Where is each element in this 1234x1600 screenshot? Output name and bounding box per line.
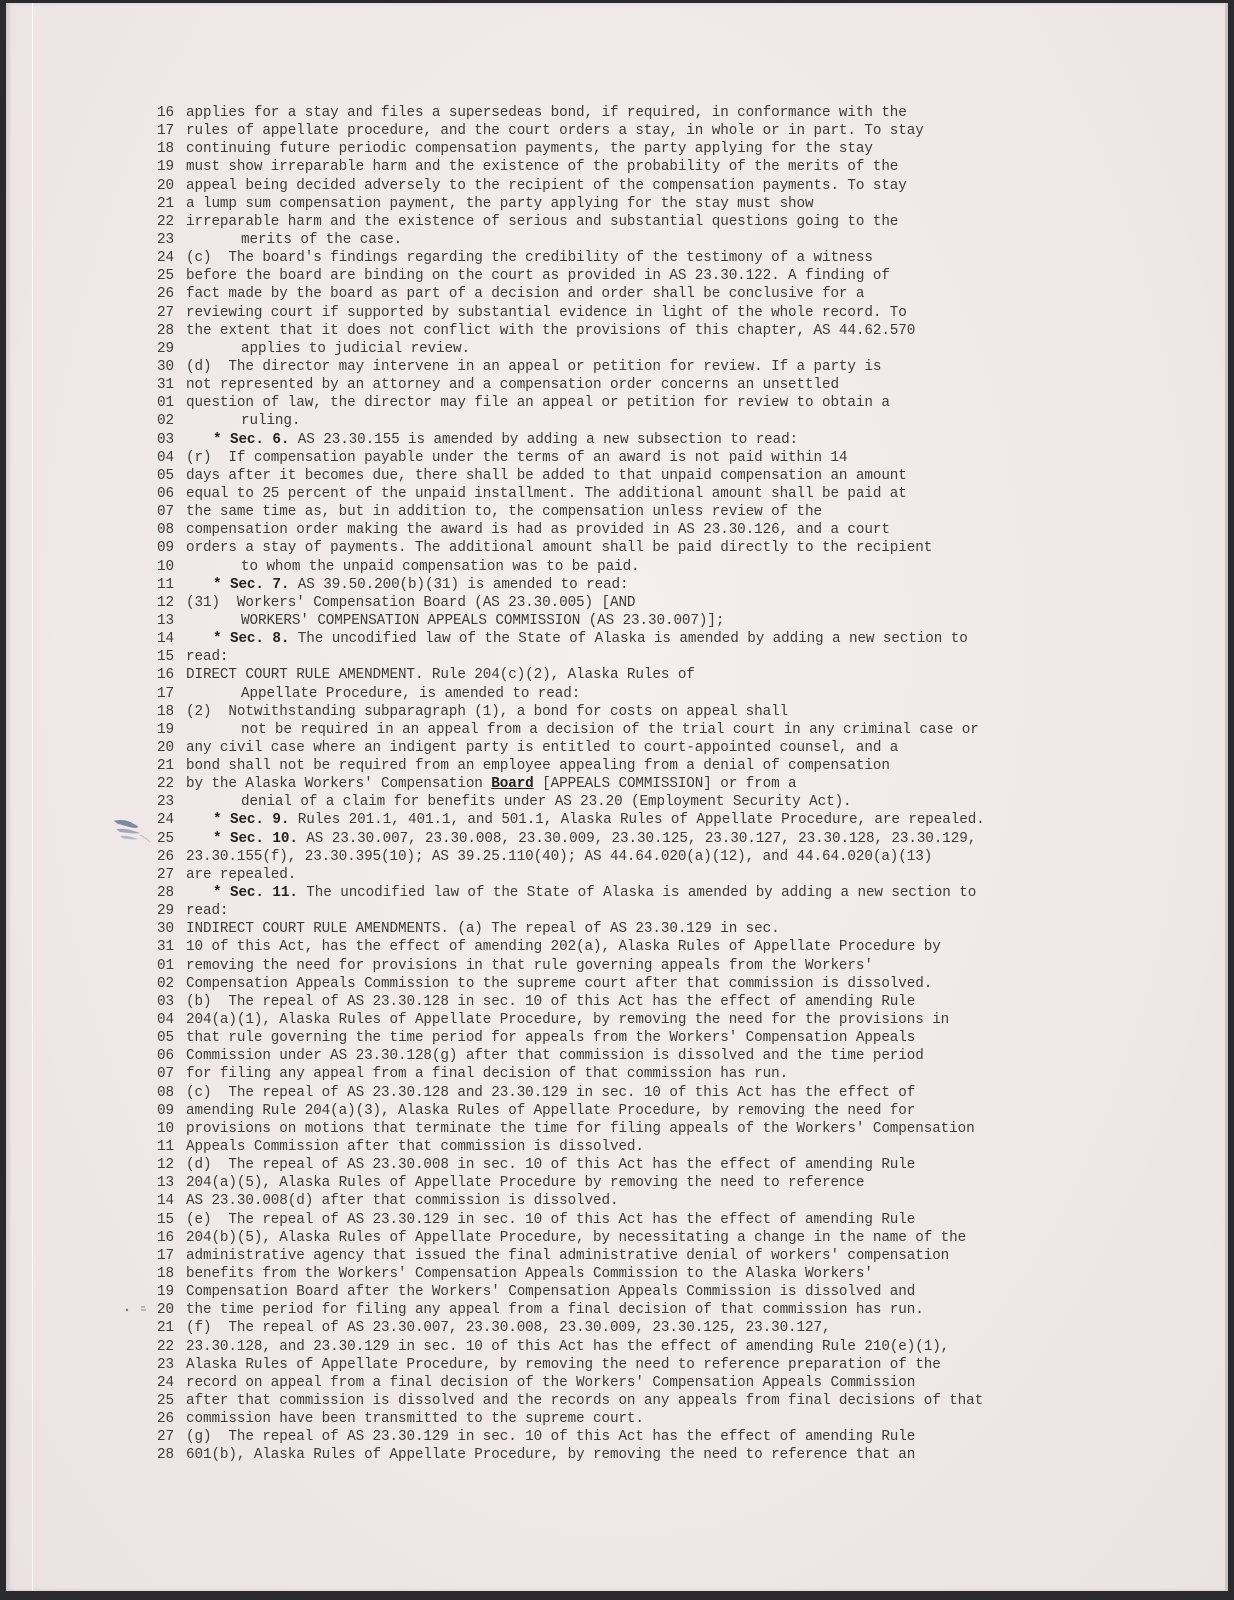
line-number: 29 xyxy=(157,340,186,358)
line-number: 28 xyxy=(157,322,186,340)
section-heading: Sec. 11. xyxy=(230,885,298,901)
bill-text-body: 16applies for a stay and files a superse… xyxy=(157,104,985,1465)
line-number: 24 xyxy=(157,1374,186,1392)
line-number: 01 xyxy=(157,394,186,412)
line-text: * Sec. 9. Rules 201.1, 401.1, and 501.1,… xyxy=(186,812,985,828)
line-text: applies for a stay and files a supersede… xyxy=(186,105,907,121)
line-text: read: xyxy=(186,649,228,665)
line-number: 31 xyxy=(157,376,186,394)
page-edge-left xyxy=(32,3,33,1591)
document-line: 23denial of a claim for benefits under A… xyxy=(157,793,985,811)
line-number: 14 xyxy=(157,630,186,648)
line-number: 21 xyxy=(157,757,186,775)
document-line: 25after that commission is dissolved and… xyxy=(157,1392,985,1410)
line-text: question of law, the director may file a… xyxy=(186,395,890,411)
line-text: WORKERS' COMPENSATION APPEALS COMMISSION… xyxy=(186,613,724,629)
document-line: 09orders a stay of payments. The additio… xyxy=(157,539,985,557)
line-text: rules of appellate procedure, and the co… xyxy=(186,123,924,139)
line-text: provisions on motions that terminate the… xyxy=(186,1121,975,1137)
document-line: 30INDIRECT COURT RULE AMENDMENTS. (a) Th… xyxy=(157,920,985,938)
line-text: Compensation Board after the Workers' Co… xyxy=(186,1284,915,1300)
line-number: 19 xyxy=(157,721,186,739)
line-text: orders a stay of payments. The additiona… xyxy=(186,540,932,556)
document-line: 18continuing future periodic compensatio… xyxy=(157,140,985,158)
line-number: 08 xyxy=(157,521,186,539)
line-text: Compensation Appeals Commission to the s… xyxy=(186,976,932,992)
document-line: 24* Sec. 9. Rules 201.1, 401.1, and 501.… xyxy=(157,811,985,829)
line-number: 20 xyxy=(157,739,186,757)
line-number: 18 xyxy=(157,140,186,158)
document-line: 19not be required in an appeal from a de… xyxy=(157,721,985,739)
document-line: 24(c) The board's findings regarding the… xyxy=(157,249,985,267)
document-line: 26fact made by the board as part of a de… xyxy=(157,285,985,303)
document-line: 27(g) The repeal of AS 23.30.129 in sec.… xyxy=(157,1428,985,1446)
line-text: the time period for filing any appeal fr… xyxy=(186,1302,924,1318)
line-text: compensation order making the award is h… xyxy=(186,522,890,538)
line-text: denial of a claim for benefits under AS … xyxy=(186,794,852,810)
line-text: 23.30.155(f), 23.30.395(10); AS 39.25.11… xyxy=(186,849,932,865)
line-number: 04 xyxy=(157,449,186,467)
document-line: 19must show irreparable harm and the exi… xyxy=(157,158,985,176)
section-text: AS 23.30.155 is amended by adding a new … xyxy=(289,432,798,448)
document-line: 15(e) The repeal of AS 23.30.129 in sec.… xyxy=(157,1211,985,1229)
line-text: removing the need for provisions in that… xyxy=(186,958,873,974)
line-text: fact made by the board as part of a deci… xyxy=(186,286,864,302)
line-number: 02 xyxy=(157,975,186,993)
line-number: 19 xyxy=(157,158,186,176)
line-number: 27 xyxy=(157,866,186,884)
line-text: Appeals Commission after that commission… xyxy=(186,1139,644,1155)
line-text: any civil case where an indigent party i… xyxy=(186,740,898,756)
line-text: ruling. xyxy=(186,413,300,429)
line-text: (g) The repeal of AS 23.30.129 in sec. 1… xyxy=(186,1429,915,1445)
page-edge-right xyxy=(1225,3,1228,1591)
document-line: 04(r) If compensation payable under the … xyxy=(157,449,985,467)
section-text: Rules 201.1, 401.1, and 501.1, Alaska Ru… xyxy=(289,812,984,828)
line-text: merits of the case. xyxy=(186,232,402,248)
section-text: AS 39.50.200(b)(31) is amended to read: xyxy=(289,577,628,593)
line-number: 23 xyxy=(157,793,186,811)
document-line: 14* Sec. 8. The uncodified law of the St… xyxy=(157,630,985,648)
line-text: (r) If compensation payable under the te… xyxy=(186,450,847,466)
document-line: 15read: xyxy=(157,648,985,666)
document-line: 14AS 23.30.008(d) after that commission … xyxy=(157,1192,985,1210)
line-number: 05 xyxy=(157,1029,186,1047)
line-text: not be required in an appeal from a deci… xyxy=(186,722,979,738)
document-line: 17Appellate Procedure, is amended to rea… xyxy=(157,685,985,703)
line-text: 204(b)(5), Alaska Rules of Appellate Pro… xyxy=(186,1230,966,1246)
document-line: 18(2) Notwithstanding subparagraph (1), … xyxy=(157,703,985,721)
line-number: 28 xyxy=(157,884,186,902)
line-text: * Sec. 6. AS 23.30.155 is amended by add… xyxy=(186,432,798,448)
document-line: 2623.30.155(f), 23.30.395(10); AS 39.25.… xyxy=(157,848,985,866)
document-line: 04204(a)(1), Alaska Rules of Appellate P… xyxy=(157,1011,985,1029)
document-line: 28the extent that it does not conflict w… xyxy=(157,322,985,340)
line-number: 31 xyxy=(157,938,186,956)
line-number: 20 xyxy=(157,177,186,195)
line-text: must show irreparable harm and the exist… xyxy=(186,159,898,175)
document-line: 08compensation order making the award is… xyxy=(157,521,985,539)
line-text: continuing future periodic compensation … xyxy=(186,141,873,157)
line-text: DIRECT COURT RULE AMENDMENT. Rule 204(c)… xyxy=(186,667,695,683)
line-number: 12 xyxy=(157,594,186,612)
document-line: 26commission have been transmitted to th… xyxy=(157,1410,985,1428)
line-number: 24 xyxy=(157,249,186,267)
document-line: 07for filing any appeal from a final dec… xyxy=(157,1065,985,1083)
line-number: 25 xyxy=(157,830,186,848)
document-line: 29read: xyxy=(157,902,985,920)
document-line: 13204(a)(5), Alaska Rules of Appellate P… xyxy=(157,1174,985,1192)
line-text: (e) The repeal of AS 23.30.129 in sec. 1… xyxy=(186,1212,915,1228)
document-line: 16DIRECT COURT RULE AMENDMENT. Rule 204(… xyxy=(157,666,985,684)
line-number: 10 xyxy=(157,558,186,576)
line-number: 19 xyxy=(157,1283,186,1301)
line-text: (b) The repeal of AS 23.30.128 in sec. 1… xyxy=(186,994,915,1010)
line-number: 03 xyxy=(157,993,186,1011)
document-line: 18benefits from the Workers' Compensatio… xyxy=(157,1265,985,1283)
line-number: 12 xyxy=(157,1156,186,1174)
document-line: 11* Sec. 7. AS 39.50.200(b)(31) is amend… xyxy=(157,576,985,594)
line-text: to whom the unpaid compensation was to b… xyxy=(186,559,640,575)
line-text: days after it becomes due, there shall b… xyxy=(186,468,907,484)
document-line: 16applies for a stay and files a superse… xyxy=(157,104,985,122)
line-number: 07 xyxy=(157,1065,186,1083)
line-text: not represented by an attorney and a com… xyxy=(186,377,839,393)
document-line: 03* Sec. 6. AS 23.30.155 is amended by a… xyxy=(157,431,985,449)
line-text: the same time as, but in addition to, th… xyxy=(186,504,822,520)
document-line: 01question of law, the director may file… xyxy=(157,394,985,412)
line-number: 26 xyxy=(157,1410,186,1428)
line-number: 26 xyxy=(157,285,186,303)
line-number: 27 xyxy=(157,1428,186,1446)
line-text: bond shall not be required from an emplo… xyxy=(186,758,890,774)
document-line: 08(c) The repeal of AS 23.30.128 and 23.… xyxy=(157,1084,985,1102)
document-line: 20appeal being decided adversely to the … xyxy=(157,177,985,195)
line-number: 13 xyxy=(157,612,186,630)
section-heading: Sec. 9. xyxy=(230,812,289,828)
line-number: 11 xyxy=(157,576,186,594)
document-line: 30(d) The director may intervene in an a… xyxy=(157,358,985,376)
line-text: 601(b), Alaska Rules of Appellate Proced… xyxy=(186,1447,915,1463)
line-text: the extent that it does not conflict wit… xyxy=(186,323,915,339)
document-line: 19Compensation Board after the Workers' … xyxy=(157,1283,985,1301)
document-line: 02ruling. xyxy=(157,412,985,430)
scan-speck-mark xyxy=(124,1304,152,1314)
ink-smudge-mark xyxy=(110,815,154,845)
line-number: 14 xyxy=(157,1192,186,1210)
section-heading: Sec. 6. xyxy=(230,432,289,448)
document-line: 2223.30.128, and 23.30.129 in sec. 10 of… xyxy=(157,1338,985,1356)
line-text: INDIRECT COURT RULE AMENDMENTS. (a) The … xyxy=(186,921,780,937)
line-text: after that commission is dissolved and t… xyxy=(186,1393,983,1409)
line-text: (c) The board's findings regarding the c… xyxy=(186,250,873,266)
document-line: 10to whom the unpaid compensation was to… xyxy=(157,558,985,576)
line-number: 25 xyxy=(157,267,186,285)
line-number: 25 xyxy=(157,1392,186,1410)
document-line: 06Commission under AS 23.30.128(g) after… xyxy=(157,1047,985,1065)
line-text: Appellate Procedure, is amended to read: xyxy=(186,686,580,702)
document-line: 01removing the need for provisions in th… xyxy=(157,957,985,975)
document-line: 21bond shall not be required from an emp… xyxy=(157,757,985,775)
document-line: 22by the Alaska Workers' Compensation Bo… xyxy=(157,775,985,793)
line-text: appeal being decided adversely to the re… xyxy=(186,178,907,194)
document-line: 24record on appeal from a final decision… xyxy=(157,1374,985,1392)
document-line: 13WORKERS' COMPENSATION APPEALS COMMISSI… xyxy=(157,612,985,630)
line-text: amending Rule 204(a)(3), Alaska Rules of… xyxy=(186,1103,915,1119)
line-text-before: by the Alaska Workers' Compensation xyxy=(186,776,491,792)
document-line: 17rules of appellate procedure, and the … xyxy=(157,122,985,140)
line-number: 06 xyxy=(157,485,186,503)
document-line: 28601(b), Alaska Rules of Appellate Proc… xyxy=(157,1446,985,1464)
document-line: 29applies to judicial review. xyxy=(157,340,985,358)
section-text: The uncodified law of the State of Alask… xyxy=(289,631,967,647)
line-text: equal to 25 percent of the unpaid instal… xyxy=(186,486,907,502)
line-number: 07 xyxy=(157,503,186,521)
line-number: 30 xyxy=(157,920,186,938)
document-line: 21a lump sum compensation payment, the p… xyxy=(157,195,985,213)
document-line: 05that rule governing the time period fo… xyxy=(157,1029,985,1047)
document-line: 12(d) The repeal of AS 23.30.008 in sec.… xyxy=(157,1156,985,1174)
line-text: AS 23.30.008(d) after that commission is… xyxy=(186,1193,618,1209)
line-text: record on appeal from a final decision o… xyxy=(186,1375,915,1391)
line-text: for filing any appeal from a final decis… xyxy=(186,1066,788,1082)
line-number: 01 xyxy=(157,957,186,975)
document-line: 3110 of this Act, has the effect of amen… xyxy=(157,938,985,956)
line-text: (2) Notwithstanding subparagraph (1), a … xyxy=(186,704,788,720)
line-number: 16 xyxy=(157,1229,186,1247)
inserted-text-underlined: Board xyxy=(491,776,533,792)
document-line: 20the time period for filing any appeal … xyxy=(157,1301,985,1319)
document-line: 27reviewing court if supported by substa… xyxy=(157,304,985,322)
section-heading: Sec. 10. xyxy=(230,831,298,847)
section-marker: * xyxy=(213,885,230,901)
document-line: 16204(b)(5), Alaska Rules of Appellate P… xyxy=(157,1229,985,1247)
line-text: administrative agency that issued the fi… xyxy=(186,1248,949,1264)
line-number: 10 xyxy=(157,1120,186,1138)
line-text: * Sec. 11. The uncodified law of the Sta… xyxy=(186,885,976,901)
line-number: 04 xyxy=(157,1011,186,1029)
line-text: commission have been transmitted to the … xyxy=(186,1411,644,1427)
line-text: Commission under AS 23.30.128(g) after t… xyxy=(186,1048,924,1064)
line-text: reviewing court if supported by substant… xyxy=(186,305,907,321)
document-line: 05days after it becomes due, there shall… xyxy=(157,467,985,485)
document-line: 27are repealed. xyxy=(157,866,985,884)
line-text: before the board are binding on the cour… xyxy=(186,268,890,284)
line-text: a lump sum compensation payment, the par… xyxy=(186,196,814,212)
line-number: 08 xyxy=(157,1084,186,1102)
line-number: 18 xyxy=(157,703,186,721)
line-number: 23 xyxy=(157,231,186,249)
section-marker: * xyxy=(213,432,230,448)
line-number: 30 xyxy=(157,358,186,376)
document-line: 17administrative agency that issued the … xyxy=(157,1247,985,1265)
document-line: 12(31) Workers' Compensation Board (AS 2… xyxy=(157,594,985,612)
line-text: Alaska Rules of Appellate Procedure, by … xyxy=(186,1357,941,1373)
document-line: 06equal to 25 percent of the unpaid inst… xyxy=(157,485,985,503)
section-heading: Sec. 8. xyxy=(230,631,289,647)
document-line: 23merits of the case. xyxy=(157,231,985,249)
line-number: 17 xyxy=(157,685,186,703)
line-number: 21 xyxy=(157,1319,186,1337)
section-text: AS 23.30.007, 23.30.008, 23.30.009, 23.3… xyxy=(298,831,976,847)
document-line: 03(b) The repeal of AS 23.30.128 in sec.… xyxy=(157,993,985,1011)
line-number: 24 xyxy=(157,811,186,829)
line-number: 27 xyxy=(157,304,186,322)
section-text: The uncodified law of the State of Alask… xyxy=(298,885,976,901)
document-line: 25* Sec. 10. AS 23.30.007, 23.30.008, 23… xyxy=(157,830,985,848)
line-number: 15 xyxy=(157,648,186,666)
line-text: 204(a)(5), Alaska Rules of Appellate Pro… xyxy=(186,1175,864,1191)
line-number: 09 xyxy=(157,539,186,557)
line-number: 23 xyxy=(157,1356,186,1374)
line-text: (c) The repeal of AS 23.30.128 and 23.30… xyxy=(186,1085,915,1101)
line-number: 02 xyxy=(157,412,186,430)
line-number: 28 xyxy=(157,1446,186,1464)
line-text: * Sec. 8. The uncodified law of the Stat… xyxy=(186,631,968,647)
document-line: 22irreparable harm and the existence of … xyxy=(157,213,985,231)
line-number: 05 xyxy=(157,467,186,485)
line-number: 18 xyxy=(157,1265,186,1283)
line-number: 16 xyxy=(157,666,186,684)
line-text: irreparable harm and the existence of se… xyxy=(186,214,898,230)
line-text: 10 of this Act, has the effect of amendi… xyxy=(186,939,941,955)
line-number: 09 xyxy=(157,1102,186,1120)
line-text: (d) The repeal of AS 23.30.008 in sec. 1… xyxy=(186,1157,915,1173)
line-number: 11 xyxy=(157,1138,186,1156)
document-line: 11Appeals Commission after that commissi… xyxy=(157,1138,985,1156)
line-number: 20 xyxy=(157,1301,186,1319)
line-number: 26 xyxy=(157,848,186,866)
line-text: * Sec. 7. AS 39.50.200(b)(31) is amended… xyxy=(186,577,629,593)
line-number: 16 xyxy=(157,104,186,122)
section-heading: Sec. 7. xyxy=(230,577,289,593)
document-line: 10provisions on motions that terminate t… xyxy=(157,1120,985,1138)
line-number: 22 xyxy=(157,213,186,231)
line-text: (31) Workers' Compensation Board (AS 23.… xyxy=(186,595,635,611)
line-text: applies to judicial review. xyxy=(186,341,470,357)
line-number: 17 xyxy=(157,122,186,140)
line-number: 22 xyxy=(157,775,186,793)
line-text: by the Alaska Workers' Compensation Boar… xyxy=(186,776,797,792)
document-line: 31not represented by an attorney and a c… xyxy=(157,376,985,394)
section-marker: * xyxy=(213,631,230,647)
section-marker: * xyxy=(213,812,230,828)
document-line: 25before the board are binding on the co… xyxy=(157,267,985,285)
line-text-after: [APPEALS COMMISSION] or from a xyxy=(534,776,797,792)
line-text: (f) The repeal of AS 23.30.007, 23.30.00… xyxy=(186,1320,830,1336)
line-text: 204(a)(1), Alaska Rules of Appellate Pro… xyxy=(186,1012,949,1028)
line-number: 03 xyxy=(157,431,186,449)
document-line: 07the same time as, but in addition to, … xyxy=(157,503,985,521)
line-number: 06 xyxy=(157,1047,186,1065)
section-marker: * xyxy=(213,831,230,847)
line-number: 21 xyxy=(157,195,186,213)
line-number: 17 xyxy=(157,1247,186,1265)
line-number: 13 xyxy=(157,1174,186,1192)
line-number: 22 xyxy=(157,1338,186,1356)
line-number: 15 xyxy=(157,1211,186,1229)
section-marker: * xyxy=(213,577,230,593)
document-line: 28* Sec. 11. The uncodified law of the S… xyxy=(157,884,985,902)
line-text: benefits from the Workers' Compensation … xyxy=(186,1266,873,1282)
line-text: 23.30.128, and 23.30.129 in sec. 10 of t… xyxy=(186,1339,949,1355)
line-text: that rule governing the time period for … xyxy=(186,1030,915,1046)
line-number: 29 xyxy=(157,902,186,920)
document-line: 20any civil case where an indigent party… xyxy=(157,739,985,757)
line-text: read: xyxy=(186,903,228,919)
document-line: 23Alaska Rules of Appellate Procedure, b… xyxy=(157,1356,985,1374)
line-text: (d) The director may intervene in an app… xyxy=(186,359,881,375)
document-line: 02Compensation Appeals Commission to the… xyxy=(157,975,985,993)
document-line: 21(f) The repeal of AS 23.30.007, 23.30.… xyxy=(157,1319,985,1337)
line-text: are repealed. xyxy=(186,867,296,883)
line-text: * Sec. 10. AS 23.30.007, 23.30.008, 23.3… xyxy=(186,831,976,847)
document-line: 09amending Rule 204(a)(3), Alaska Rules … xyxy=(157,1102,985,1120)
